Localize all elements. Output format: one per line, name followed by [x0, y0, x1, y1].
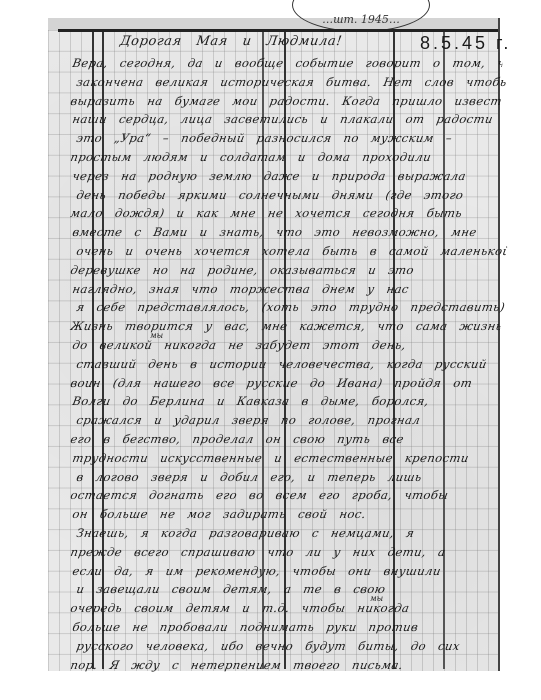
letter-line: очередь своим детям и т.д. чтобы никогда — [68, 601, 502, 621]
letter-line: выразить на бумаге мои радости. Когда пр… — [68, 94, 502, 114]
letter-line: и завещали своим детям, а те в свою — [74, 582, 508, 602]
letter-line: русского человека, ибо вечно будут биты,… — [74, 639, 508, 659]
letter-line: наши сердца, лица засветились и плакали … — [70, 112, 504, 132]
letter-line: Знаешь, я когда разговариваю с немцами, … — [74, 526, 508, 546]
letter-line: я себе представлялось, (хоть это трудно … — [74, 300, 508, 320]
letter-line: прежде всего спрашиваю что ли у них дети… — [68, 545, 502, 565]
letter-line: ставший день в истории человечества, ког… — [74, 357, 508, 377]
letter-line: в логово зверя и добил его, и теперь лиш… — [74, 470, 508, 490]
letter-line: остается догнать его во всем его гроба, … — [68, 488, 502, 508]
letter-line: закончена великая историческая битва. Не… — [74, 75, 508, 95]
letter-line: через на родную землю даже и природа выр… — [70, 169, 504, 189]
letter-line: простым людям и солдатам и дома проходил… — [68, 150, 502, 170]
letter-line: Жизнь творится у вас, мне кажется, что с… — [68, 319, 502, 339]
letter-line: наглядно, зная что торжества днем у нас — [70, 282, 504, 302]
letter-line: деревушке но на родине, оказываться и эт… — [68, 263, 502, 283]
letter-line: Вера, сегодня, да и вообще событие говор… — [70, 56, 504, 76]
letter-line: он больше не мог задирать свой нос. — [70, 507, 504, 527]
letter-line: если да, я им рекомендую, чтобы они внуш… — [70, 564, 504, 584]
letter-greeting: Дорогая Мая и Людмила! — [119, 34, 343, 49]
letter-line: пор. Я жду с нетерпением твоего письма. — [68, 658, 502, 678]
letter-line: воин (для нашего все русские до Ивана) п… — [68, 376, 502, 396]
letter-line: это „Ура“ – победный разносился по мужск… — [74, 131, 508, 151]
letter-line: больше не пробовали поднимать руки проти… — [70, 620, 504, 640]
letter-line: Волги до Берлина и Кавказа в дыме, борол… — [70, 394, 504, 414]
interlinear-insert: мы — [150, 331, 163, 340]
letter-line: трудности искусственные и естественные к… — [70, 451, 504, 471]
letter-line: до великой никогда не забудет этот день, — [70, 338, 504, 358]
letter-line: очень и очень хочется хотела быть в само… — [74, 244, 508, 264]
interlinear-insert: мы — [370, 594, 383, 603]
header-rule — [58, 29, 500, 32]
letter-line: день победы яркими солнечными днями (где… — [74, 188, 508, 208]
letter-line: его в бегство, проделал он свою путь все — [68, 432, 502, 452]
letter-date: 8.5.45 г. — [420, 33, 511, 54]
letter-line: вместе с Вами и знать, что это невозможн… — [70, 225, 504, 245]
letter-line: сражался и ударил зверя по голове, прогн… — [74, 413, 508, 433]
letter-line: мало дождя) и как мне не хочется сегодня… — [68, 206, 502, 226]
